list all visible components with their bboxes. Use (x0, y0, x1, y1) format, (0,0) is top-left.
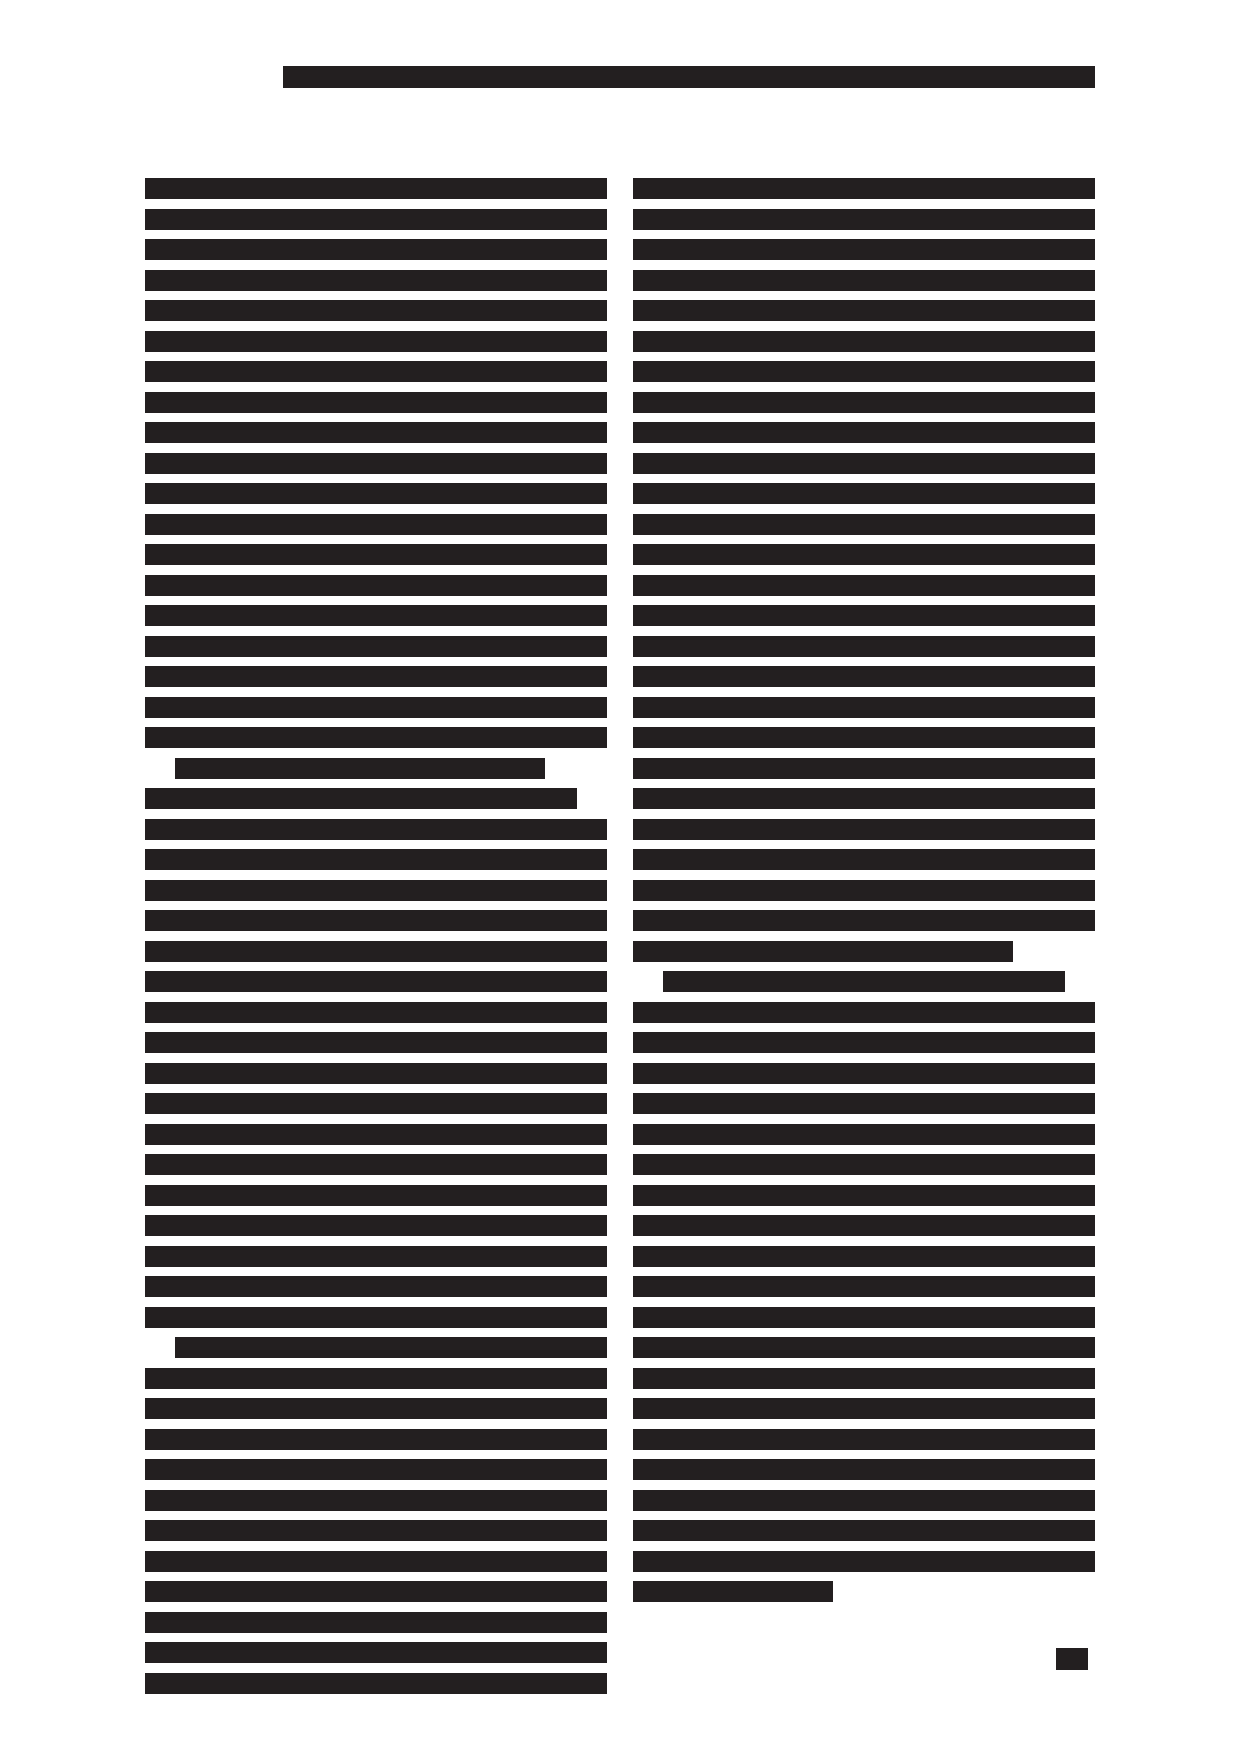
text-line (145, 239, 607, 260)
text-line (633, 1185, 1095, 1206)
text-line (633, 1459, 1095, 1480)
text-line (145, 575, 607, 596)
text-line (145, 1124, 607, 1145)
page-number (1056, 1648, 1088, 1670)
text-line (145, 1368, 607, 1389)
text-line (145, 361, 607, 382)
text-line (633, 575, 1095, 596)
text-line (145, 666, 607, 687)
text-line (145, 941, 607, 962)
text-line (145, 788, 577, 809)
text-line (633, 758, 1095, 779)
text-line (633, 697, 1095, 718)
text-line (145, 971, 607, 992)
text-line (145, 1307, 607, 1328)
text-line (145, 1612, 607, 1633)
text-line (633, 1551, 1095, 1572)
text-line (633, 636, 1095, 657)
text-line (145, 270, 607, 291)
text-line (145, 727, 607, 748)
text-line (633, 1307, 1095, 1328)
text-line (145, 1154, 607, 1175)
text-line (145, 300, 607, 321)
text-line (633, 514, 1095, 535)
text-line (145, 331, 607, 352)
text-line (633, 910, 1095, 931)
text-line (175, 1337, 607, 1358)
text-line (633, 1276, 1095, 1297)
text-line (633, 1520, 1095, 1541)
text-line (175, 758, 545, 779)
text-line (633, 270, 1095, 291)
text-line (145, 605, 607, 626)
text-line (145, 209, 607, 230)
text-column-left (145, 178, 607, 1703)
text-line (145, 1276, 607, 1297)
text-line (633, 1368, 1095, 1389)
text-line (633, 1124, 1095, 1145)
text-line (633, 1154, 1095, 1175)
text-column-right (633, 178, 1095, 1612)
text-line (145, 1246, 607, 1267)
text-line (145, 483, 607, 504)
text-line (633, 178, 1095, 199)
text-line (145, 849, 607, 870)
text-line (633, 1246, 1095, 1267)
text-line (145, 636, 607, 657)
text-line (145, 819, 607, 840)
text-line (145, 1429, 607, 1450)
text-line (633, 544, 1095, 565)
text-line (633, 1032, 1095, 1053)
text-line (145, 697, 607, 718)
text-line (145, 1490, 607, 1511)
text-line (145, 453, 607, 474)
text-line (145, 544, 607, 565)
text-line (633, 1490, 1095, 1511)
text-line (633, 361, 1095, 382)
text-line (633, 788, 1095, 809)
text-line (633, 209, 1095, 230)
text-line (633, 483, 1095, 504)
text-line (145, 1215, 607, 1236)
text-line (145, 1673, 607, 1694)
text-line (633, 1093, 1095, 1114)
text-line (145, 1398, 607, 1419)
text-line (145, 1063, 607, 1084)
text-line (145, 1581, 607, 1602)
text-line (145, 1093, 607, 1114)
text-line (633, 331, 1095, 352)
text-line (633, 666, 1095, 687)
text-line (633, 605, 1095, 626)
text-line (633, 880, 1095, 901)
text-line (633, 1002, 1095, 1023)
text-line (145, 910, 607, 931)
text-line (633, 819, 1095, 840)
text-line (633, 392, 1095, 413)
text-line (633, 453, 1095, 474)
text-line (145, 1459, 607, 1480)
text-line (145, 1642, 607, 1663)
text-line (145, 1032, 607, 1053)
text-line (633, 849, 1095, 870)
text-line (145, 422, 607, 443)
text-line (633, 1398, 1095, 1419)
text-line (145, 392, 607, 413)
text-line (145, 1520, 607, 1541)
text-line (633, 1337, 1095, 1358)
text-line (633, 300, 1095, 321)
text-line (633, 941, 1013, 962)
text-line (145, 514, 607, 535)
text-line (145, 880, 607, 901)
text-line (633, 422, 1095, 443)
text-line (633, 1215, 1095, 1236)
text-line (633, 727, 1095, 748)
text-line (633, 1429, 1095, 1450)
text-line (633, 1581, 833, 1602)
text-line (145, 1551, 607, 1572)
text-line (145, 1185, 607, 1206)
text-line (633, 1063, 1095, 1084)
text-line (145, 1002, 607, 1023)
running-header (283, 66, 1095, 88)
text-line (633, 239, 1095, 260)
text-line (145, 178, 607, 199)
text-line (663, 971, 1065, 992)
